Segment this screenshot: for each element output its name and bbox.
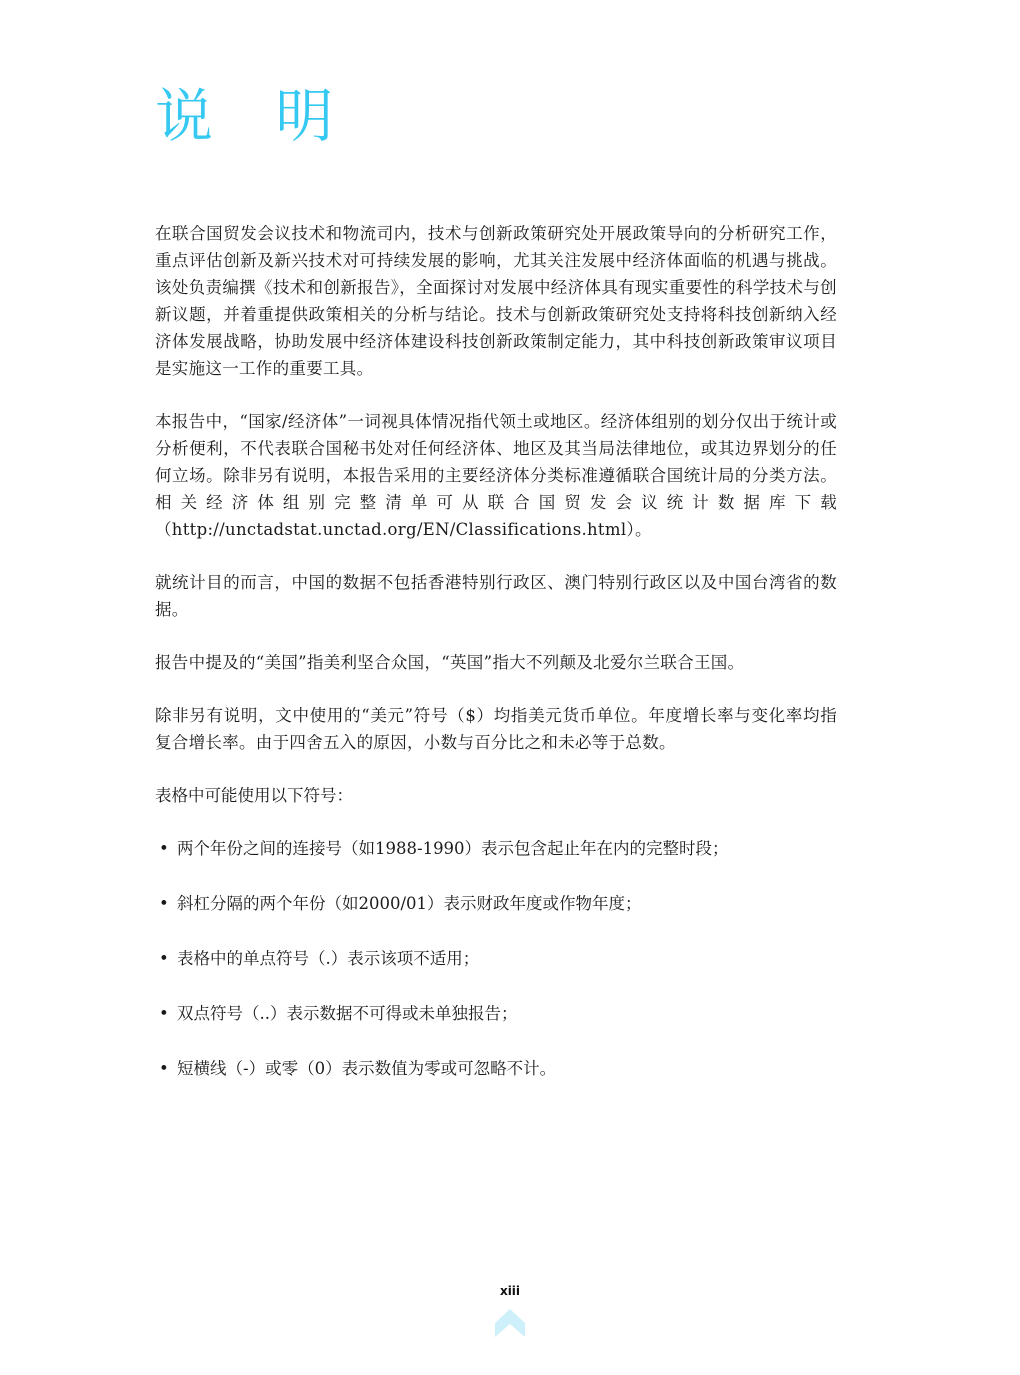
- symbol-text: 表格中的单点符号（.）表示该项不适用；: [177, 945, 479, 972]
- bullet-icon: •: [155, 890, 177, 917]
- symbol-item-year-range: • 两个年份之间的连接号（如1988-1990）表示包含起止年在内的完整时段；: [155, 835, 837, 862]
- paragraph-us-uk-names: 报告中提及的“美国”指美利坚合众国，“英国”指大不列颠及北爱尔兰联合王国。: [155, 649, 837, 676]
- symbol-text: 斜杠分隔的两个年份（如2000/01）表示财政年度或作物年度；: [177, 890, 642, 917]
- symbol-item-dash-zero: • 短横线（-）或零（0）表示数值为零或可忽略不计。: [155, 1055, 837, 1082]
- page-footer: xiii: [0, 1283, 1020, 1337]
- bullet-icon: •: [155, 835, 177, 862]
- bullet-icon: •: [155, 1000, 177, 1027]
- symbols-intro: 表格中可能使用以下符号：: [155, 782, 837, 809]
- bullet-icon: •: [155, 945, 177, 972]
- symbol-text: 短横线（-）或零（0）表示数值为零或可忽略不计。: [177, 1055, 556, 1082]
- symbols-list: • 两个年份之间的连接号（如1988-1990）表示包含起止年在内的完整时段； …: [155, 835, 837, 1082]
- paragraph-country-economy-terms: 本报告中，“国家/经济体”一词视具体情况指代领土或地区。经济体组别的划分仅出于统…: [155, 408, 837, 543]
- paragraph-unctad-division: 在联合国贸发会议技术和物流司内，技术与创新政策研究处开展政策导向的分析研究工作，…: [155, 220, 837, 382]
- bullet-icon: •: [155, 1055, 177, 1082]
- symbol-text: 两个年份之间的连接号（如1988-1990）表示包含起止年在内的完整时段；: [177, 835, 729, 862]
- paragraph-currency-growth: 除非另有说明，文中使用的“美元”符号（$）均指美元货币单位。年度增长率与变化率均…: [155, 702, 837, 756]
- symbol-item-fiscal-year: • 斜杠分隔的两个年份（如2000/01）表示财政年度或作物年度；: [155, 890, 837, 917]
- symbol-item-double-dot: • 双点符号（..）表示数据不可得或未单独报告；: [155, 1000, 837, 1027]
- symbol-item-single-dot: • 表格中的单点符号（.）表示该项不适用；: [155, 945, 837, 972]
- chevron-up-icon: [495, 1309, 525, 1337]
- page-number: xiii: [0, 1283, 1020, 1299]
- page-title: 说 明: [155, 80, 355, 152]
- paragraph-china-data: 就统计目的而言，中国的数据不包括香港特别行政区、澳门特别行政区以及中国台湾省的数…: [155, 569, 837, 623]
- explanatory-notes-body: 在联合国贸发会议技术和物流司内，技术与创新政策研究处开展政策导向的分析研究工作，…: [155, 220, 837, 1110]
- symbol-text: 双点符号（..）表示数据不可得或未单独报告；: [177, 1000, 518, 1027]
